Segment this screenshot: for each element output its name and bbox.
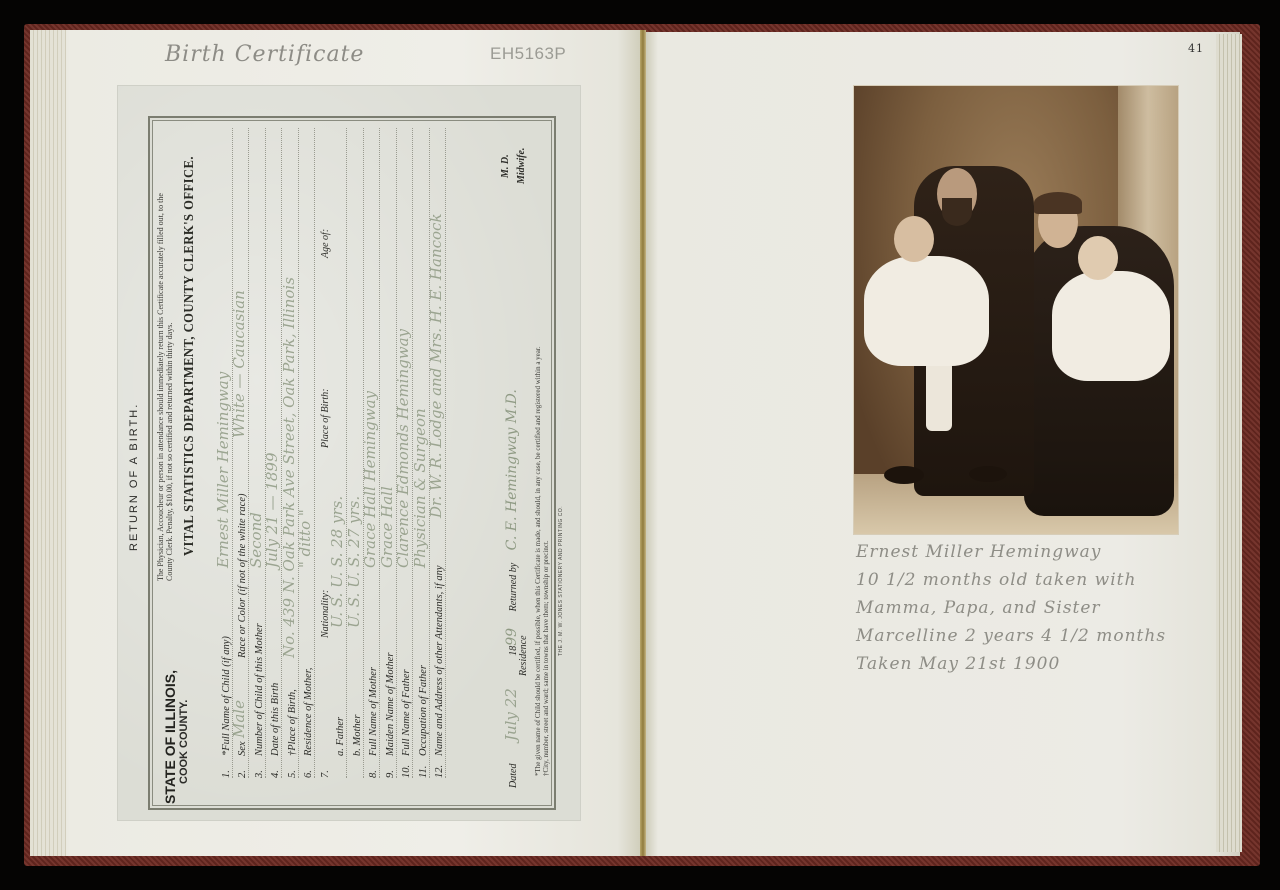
dated-row: Dated July 22 1899 Returned by C. E. Hem… [502,389,520,788]
dated-label: Dated [508,764,519,788]
residence-label: Residence [518,635,529,676]
footnote: *The given name of Child should be certi… [534,346,550,776]
field-residence-of-mother: 6.Residence of Mother," ditto " [299,128,316,778]
field-place-of-birth: 5.†Place of Birth,No. 439 N. Oak Park Av… [282,128,299,778]
field-7-headers: 7. Nationality: Place of Birth: Age of: [315,128,331,778]
handwritten-value: Ernest Miller Hemingway [214,372,232,568]
father-shoe-right [969,466,1007,482]
book-gutter [640,30,646,856]
page-number: 41 [1188,42,1204,55]
pencil-heading: Birth Certificate [165,42,364,67]
returned-by-label: Returned by [508,563,519,612]
caption-line: Marcelline 2 years 4 1/2 months [856,622,1216,650]
field-child-name: 1.*Full Name of Child (if any)Ernest Mil… [216,128,233,778]
printer-imprint: THE J. M. W. JONES STATIONERY AND PRINTI… [558,506,564,656]
field-other-attendants: 12.Name and Address of other Attendants,… [430,128,447,778]
daughter-head [894,216,934,262]
family-photograph [854,86,1178,534]
midwife-label: Midwife. [516,148,527,184]
field-father-origin: a. FatherU. S. U. S. 28 yrs. [331,128,348,778]
birth-certificate: RETURN OF A BIRTH. STATE OF ILLINOIS, CO… [118,86,580,820]
right-page-edges [1216,34,1242,852]
instructions: The Physician, Accoucheur or person in a… [156,193,174,581]
field-mother-full-name: 8.Full Name of MotherGrace Hall Hemingwa… [364,128,381,778]
returned-by-value: C. E. Hemingway M.D. [504,389,520,550]
certificate-fields: 1.*Full Name of Child (if any)Ernest Mil… [216,128,446,778]
catalog-number: EH5163P [490,44,566,64]
state-label: STATE OF ILLINOIS, [162,670,178,804]
dated-value: July 22 [502,688,520,741]
infant-dress [1052,271,1170,381]
caption-line: 10 1/2 months old taken with [856,566,1216,594]
photo-caption: Ernest Miller Hemingway 10 1/2 months ol… [856,538,1216,678]
county-label: COOK COUNTY. [178,700,190,784]
infant-head [1078,236,1118,280]
md-label: M. D. [500,154,511,178]
father-shoe-left [884,466,924,484]
daughter-dress [864,256,989,366]
field-sex: 2.SexMaleRace or Color (if not of the wh… [233,128,250,778]
left-page-edges [30,30,66,856]
form-title: RETURN OF A BIRTH. [128,403,140,551]
residence-row: Residence [518,635,529,676]
caption-line: Ernest Miller Hemingway [856,538,1216,566]
mother-hair [1034,192,1082,214]
department-heading: VITAL STATISTICS DEPARTMENT, COUNTY CLER… [182,156,198,556]
father-beard [942,198,972,226]
caption-line: Mamma, Papa, and Sister [856,594,1216,622]
caption-line: Taken May 21st 1900 [856,650,1216,678]
daughter-legs [926,361,952,431]
